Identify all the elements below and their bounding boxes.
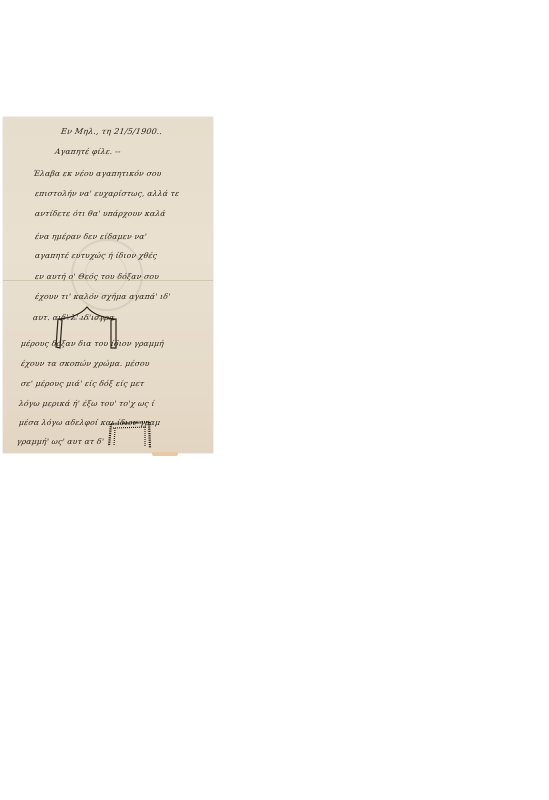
letter-line: γραμμή' ως' αυτ ατ δ' [16, 437, 104, 446]
letter-line: εν αυτή ο' Θεός του δόξαν σου [34, 272, 159, 281]
letter-line: αγαπητέ ευτυχώς ή ίδιον χθές [34, 251, 157, 260]
letter-line: λόγω μερικά ή' έξω του' το'χ ως ί [18, 399, 155, 408]
letter-line: σε' μέρους μιά' είς δόξ είς μετ [20, 379, 144, 388]
letter-line: έχουν τι' καλόν σχήμα αγαπά' ιδ' [34, 292, 171, 301]
table-sketch-icon [105, 418, 157, 450]
salutation: Αγαπητέ φίλε. -- [54, 147, 121, 156]
arch-sketch-icon [53, 305, 123, 355]
date-line: Εν Μηλ., τη 21/5/1900.. [60, 127, 163, 136]
letter-page: Εν Μηλ., τη 21/5/1900.. Αγαπητέ φίλε. --… [3, 117, 213, 453]
letter-line: Έλαβα εκ νέου αγαπητικόν σου [32, 169, 162, 178]
letter-line: αντίδετε ότι θα' υπάρχουν καλά [34, 209, 166, 218]
letter-line: έχουν τα σκοπών χρώμα. μέσου [20, 359, 150, 368]
paper-tab-edge [152, 452, 178, 456]
letter-line: επιστολήν να' ευχαρίστως, αλλά τε [34, 189, 180, 198]
letter-line: ένα ημέραν δεν είδαμεν να' [34, 232, 147, 241]
